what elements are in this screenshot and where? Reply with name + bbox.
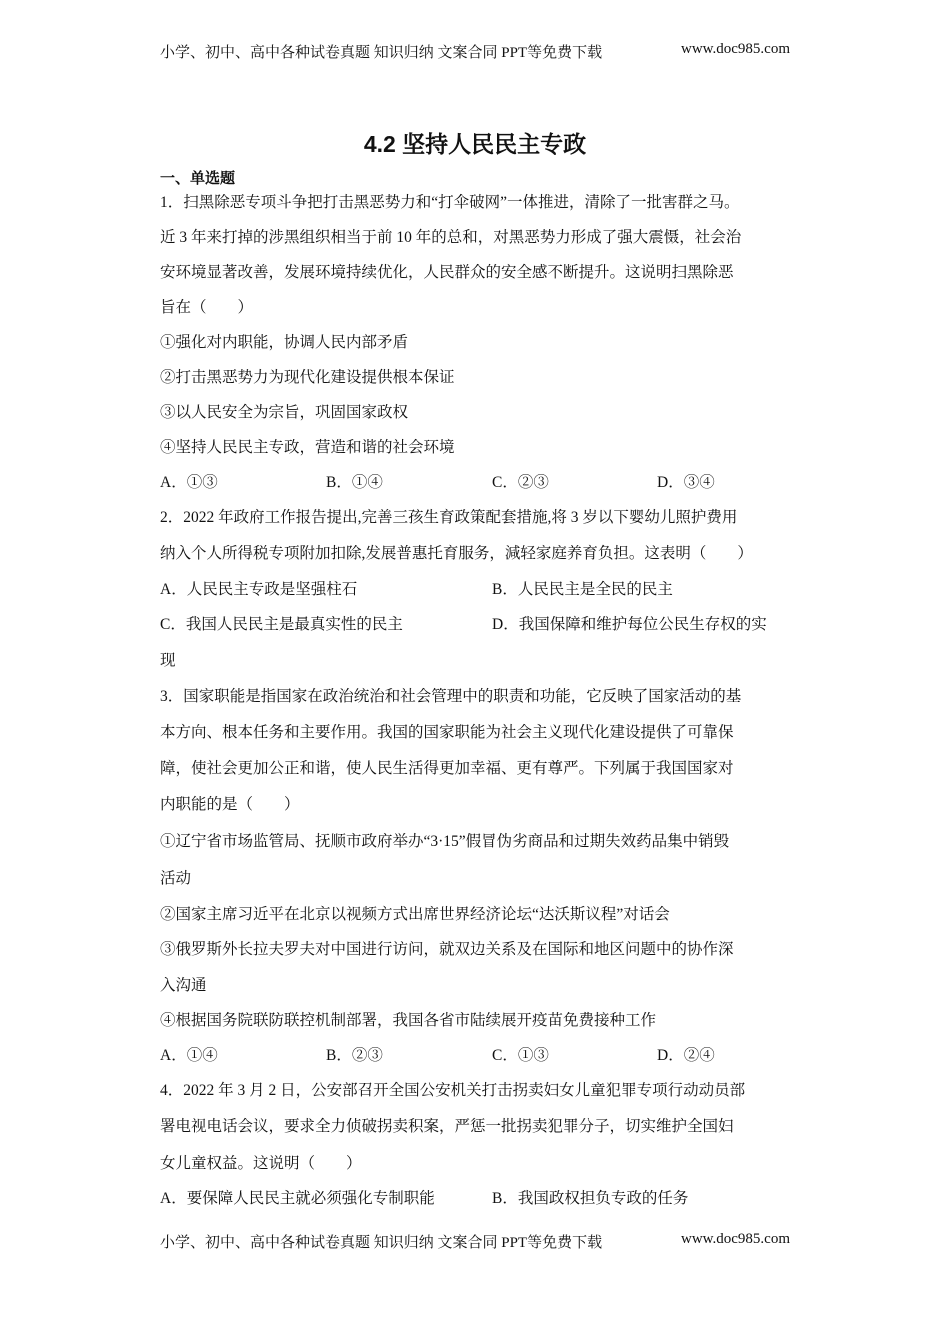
question-3-line-4: 内职能的是（ ） <box>160 795 800 815</box>
option-c: C．②③ <box>492 473 549 493</box>
page-footer: 小学、初中、高中各种试卷真题 知识归纳 文案合同 PPT等免费下载 www.do… <box>160 1231 790 1252</box>
option-a: A．①④ <box>160 1046 218 1066</box>
page-header: 小学、初中、高中各种试卷真题 知识归纳 文案合同 PPT等免费下载 www.do… <box>160 41 790 62</box>
question-3-line-1: 3．国家职能是指国家在政治统治和社会管理中的职责和功能，它反映了国家活动的基 <box>160 687 800 707</box>
question-4-line-3: 女儿童权益。这说明（ ） <box>160 1154 800 1174</box>
document-title: 4.2 坚持人民民主专政 <box>0 126 950 159</box>
question-3-line-2: 本方向、根本任务和主要作用。我国的国家职能为社会主义现代化建设提供了可靠保 <box>160 723 800 743</box>
section-heading: 一、单选题 <box>160 167 235 188</box>
option-d: D．②④ <box>657 1046 715 1066</box>
question-1-statement-4: ④坚持人民民主专政，营造和谐的社会环境 <box>160 438 800 458</box>
question-1-line-1: 1．扫黑除恶专项斗争把打击黑恶势力和“打伞破网”一体推进，清除了一批害群之马。 <box>160 193 800 213</box>
question-3-statement-4: ④根据国务院联防联控机制部署，我国各省市陆续展开疫苗免费接种工作 <box>160 1011 800 1031</box>
option-a: A．①③ <box>160 473 218 493</box>
question-3-statement-1-cont: 活动 <box>160 869 800 889</box>
question-1-statement-1: ①强化对内职能，协调人民内部矛盾 <box>160 333 800 353</box>
header-url: www.doc985.com <box>681 41 790 62</box>
question-3-line-3: 障，使社会更加公正和谐，使人民生活得更加幸福、更有尊严。下列属于我国国家对 <box>160 759 800 779</box>
question-3-statement-1: ①辽宁省市场监管局、抚顺市政府举办“3·15”假冒伪劣商品和过期失效药品集中销毁 <box>160 832 800 852</box>
option-d: D．我国保障和维护每位公民生存权的实 <box>492 615 767 635</box>
question-1-statement-2: ②打击黑恶势力为现代化建设提供根本保证 <box>160 368 800 388</box>
footer-url: www.doc985.com <box>681 1231 790 1252</box>
question-4-line-1: 4．2022 年 3 月 2 日，公安部召开全国公安机关打击拐卖妇女儿童犯罪专项… <box>160 1081 800 1101</box>
question-1-line-4: 旨在（ ） <box>160 298 800 318</box>
question-2-line-2: 纳入个人所得税专项附加扣除,发展普惠托育服务，減轻家庭养育负担。这表明（ ） <box>160 544 800 564</box>
question-3-statement-3-cont: 入沟通 <box>160 976 800 996</box>
question-2-option-continuation: 现 <box>160 651 800 671</box>
option-a: A．人民民主专政是坚强柱石 <box>160 580 357 600</box>
option-c: C．我国人民民主是最真实性的民主 <box>160 615 403 635</box>
question-3-statement-2: ②国家主席习近平在北京以视频方式出席世界经济论坛“达沃斯议程”对话会 <box>160 905 800 925</box>
option-d: D．③④ <box>657 473 715 493</box>
footer-left-text: 小学、初中、高中各种试卷真题 知识归纳 文案合同 PPT等免费下载 <box>160 1231 602 1252</box>
question-3-statement-3: ③俄罗斯外长拉夫罗夫对中国进行访问，就双边关系及在国际和地区问题中的协作深 <box>160 940 800 960</box>
question-4-line-2: 署电视电话会议，要求全力侦破拐卖积案，严惩一批拐卖犯罪分子，切实维护全国妇 <box>160 1117 800 1137</box>
question-1-line-3: 安环境显著改善，发展环境持续优化，人民群众的安全感不断提升。这说明扫黑除恶 <box>160 263 800 283</box>
question-2-line-1: 2．2022 年政府工作报告提出,完善三孩生育政策配套措施,将 3 岁以下婴幼儿… <box>160 508 800 528</box>
question-1-statement-3: ③以人民安全为宗旨，巩固国家政权 <box>160 403 800 423</box>
option-b: B．人民民主是全民的民主 <box>492 580 673 600</box>
option-b: B．②③ <box>326 1046 383 1066</box>
option-c: C．①③ <box>492 1046 549 1066</box>
header-left-text: 小学、初中、高中各种试卷真题 知识归纳 文案合同 PPT等免费下载 <box>160 41 602 62</box>
option-a: A．要保障人民民主就必须强化专制职能 <box>160 1189 435 1209</box>
option-b: B．我国政权担负专政的任务 <box>492 1189 688 1209</box>
question-1-line-2: 近 3 年来打掉的涉黑组织相当于前 10 年的总和，对黑恶势力形成了强大震慑，社… <box>160 228 800 248</box>
option-b: B．①④ <box>326 473 383 493</box>
